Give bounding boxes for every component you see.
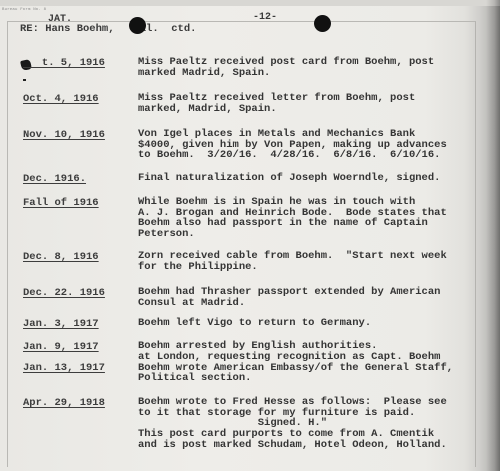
- page-number: -12-: [253, 12, 277, 23]
- document-page: Bureau Form No. 8 JAT. -12- RE: Hans Boe…: [0, 0, 500, 471]
- punch-hole-left: [129, 17, 146, 34]
- entry-text: Boehm had Thrasher passport extended by …: [138, 287, 440, 308]
- entry-text: Miss Paeltz received post card from Boeh…: [138, 57, 434, 78]
- entry-text: Boehm wrote to Fred Hesse as follows: Pl…: [138, 397, 447, 451]
- form-number: Bureau Form No. 8: [2, 8, 46, 12]
- entry-date: Fall of 1916: [23, 197, 99, 209]
- entry-date: Dec. 8, 1916: [23, 251, 99, 263]
- punch-hole-right: [314, 15, 331, 32]
- entry-text: While Boehm is in Spain he was in touch …: [138, 197, 447, 240]
- entry-date: Jan. 3, 1917: [23, 318, 99, 330]
- entry-text: Boehm left Vigo to return to Germany.: [138, 318, 371, 329]
- entry-date: Dec. 22. 1916: [23, 287, 105, 299]
- top-edge: [0, 0, 500, 6]
- entry-date: Jan. 9, 1917: [23, 341, 99, 353]
- entry-date: Apr. 29, 1918: [23, 397, 105, 409]
- ink-speck: [23, 79, 26, 81]
- entry-text: Zorn received cable from Boehm. "Start n…: [138, 251, 447, 272]
- entry-date: Jan. 13, 1917: [23, 362, 105, 374]
- entry-text: Final naturalization of Joseph Woerndle,…: [138, 173, 440, 184]
- entry-text: at London, requesting recognition as Cap…: [138, 352, 453, 384]
- entry-date: Nov. 10, 1916: [23, 129, 105, 141]
- entry-date: Dec. 1916.: [23, 173, 86, 185]
- entry-date: Oct. 4, 1916: [23, 93, 99, 105]
- subject-line: RE: Hans Boehm, al. ctd.: [20, 23, 196, 35]
- entry-text: Von Igel places in Metals and Mechanics …: [138, 129, 447, 161]
- entry-date: t. 5, 1916: [23, 57, 105, 69]
- entry-text: Miss Paeltz received letter from Boehm, …: [138, 93, 415, 114]
- page-edge-shadow: [486, 0, 500, 471]
